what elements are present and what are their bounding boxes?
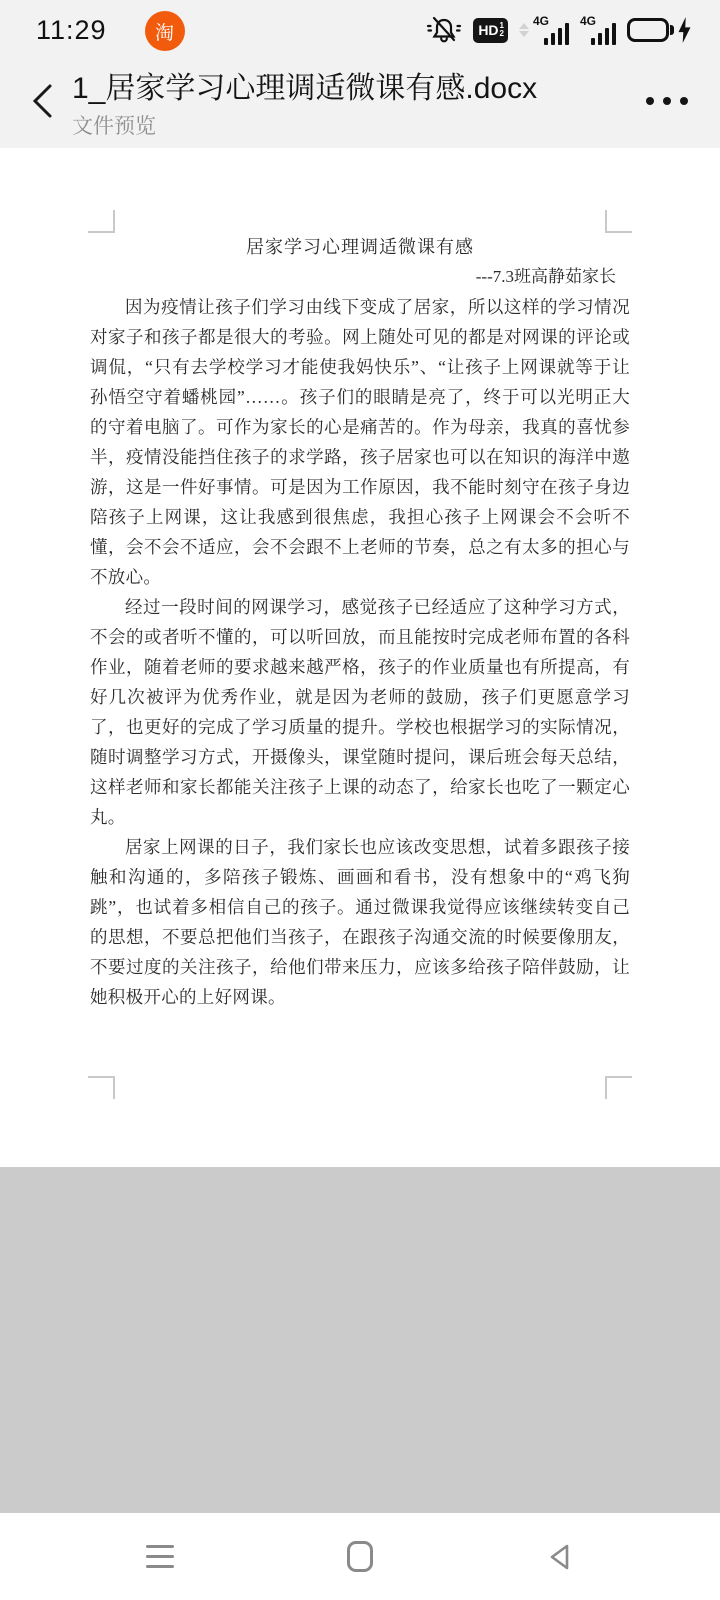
- paragraph: 经过一段时间的网课学习，感觉孩子已经适应了这种学习方式，不会的或者听不懂的，可以…: [90, 592, 630, 832]
- volte-hd-icon: HD 1 2: [473, 18, 508, 43]
- document-preview-page[interactable]: 居家学习心理调适微课有感 ---7.3班高静茹家长 因为疫情让孩子们学习由线下变…: [0, 148, 720, 1167]
- page-corner-mark-bottom-left: [88, 1076, 115, 1099]
- status-bar: 11:29 淘 HD 1 2: [0, 0, 720, 60]
- signal-sim2-icon: 4G: [580, 14, 616, 46]
- page-corner-mark-bottom-right: [605, 1076, 632, 1099]
- more-options-button[interactable]: [642, 87, 692, 115]
- mute-vibrate-icon: [426, 14, 462, 46]
- dot: [663, 97, 671, 105]
- home-icon: [347, 1541, 373, 1572]
- back-nav-button[interactable]: [530, 1527, 590, 1587]
- recents-icon: [146, 1545, 174, 1568]
- recents-button[interactable]: [130, 1527, 190, 1587]
- file-name-title: 1_居家学习心理调适微课有感.docx: [72, 63, 537, 107]
- preview-label: 文件预览: [72, 110, 537, 140]
- dot: [680, 97, 688, 105]
- page-corner-mark-top-left: [88, 210, 115, 233]
- data-activity-icon: [519, 23, 529, 37]
- document-body: 居家学习心理调适微课有感 ---7.3班高静茹家长 因为疫情让孩子们学习由线下变…: [0, 148, 720, 1012]
- phone-screen: 11:29 淘 HD 1 2: [0, 0, 720, 1600]
- page-corner-mark-top-right: [605, 210, 632, 233]
- clock: 11:29: [36, 15, 107, 46]
- file-preview-header: 1_居家学习心理调适微课有感.docx 文件预览: [0, 60, 720, 148]
- home-button[interactable]: [330, 1527, 390, 1587]
- chevron-left-icon: [28, 81, 56, 121]
- taobao-notification-icon: 淘: [145, 11, 185, 51]
- document-byline: ---7.3班高静茹家长: [90, 262, 630, 292]
- paragraph: 居家上网课的日子，我们家长也应该改变思想，试着多跟孩子接触和沟通的，多陪孩子锻炼…: [90, 832, 630, 1012]
- back-triangle-icon: [547, 1542, 573, 1572]
- battery-charging-icon: [627, 17, 692, 43]
- android-nav-bar: [0, 1513, 720, 1600]
- status-icons: HD 1 2 4G 4G: [426, 14, 692, 46]
- document-title: 居家学习心理调适微课有感: [90, 232, 630, 262]
- header-titles: 1_居家学习心理调适微课有感.docx 文件预览: [72, 63, 537, 140]
- back-button[interactable]: [20, 73, 64, 129]
- paragraph: 因为疫情让孩子们学习由线下变成了居家，所以这样的学习情况对家子和孩子都是很大的考…: [90, 292, 630, 592]
- signal-sim1-icon: 4G: [533, 14, 569, 46]
- document-end-background: [0, 1167, 720, 1513]
- charging-bolt-icon: [677, 17, 692, 43]
- dot: [646, 97, 654, 105]
